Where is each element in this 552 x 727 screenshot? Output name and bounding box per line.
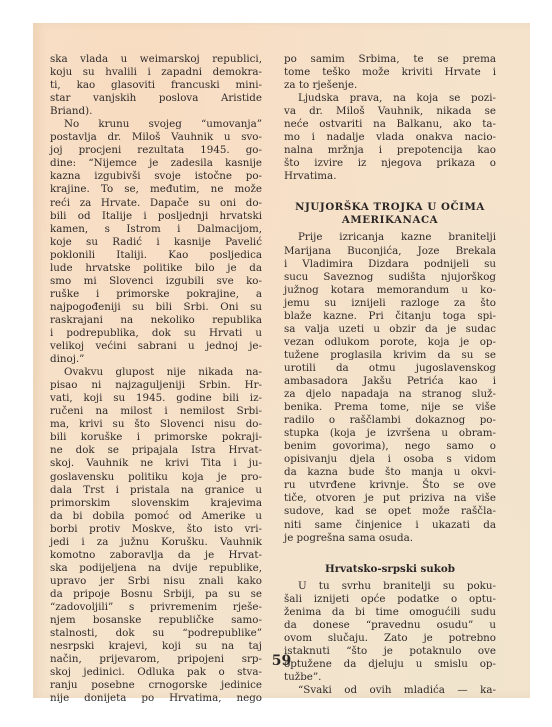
text-line: sa valja uzeti u obzir da je sudac: [284, 323, 496, 336]
text-line: upravo jer Srbi nisu znali kako: [50, 575, 262, 588]
text-line: ženima da bi time omogućili sudu: [284, 606, 496, 619]
text-line: ru utvrđene krivnje. Što se ove: [284, 479, 496, 492]
spacer: [284, 183, 496, 201]
text-line: komotno zaboravlja da je Hrvat-: [50, 549, 262, 562]
text-line: jedi i za južnu Korušku. Vauhnik: [50, 536, 262, 549]
text-line: raskrajani na nekoliko republika: [50, 314, 262, 327]
text-line: bili od Italije i posljednji hrvatski: [50, 210, 262, 223]
book-page: ska vlada u weimarskoj republici,koju su…: [33, 23, 530, 698]
text-line: koje su Radić i kasnije Pavelić: [50, 236, 262, 249]
text-line: radilo o raščlambi dokaznog po-: [284, 414, 496, 427]
text-line: da pripoje Bosnu Srbiji, pa su se: [50, 588, 262, 601]
text-line: nesrpski krajevi, koji su na taj: [50, 640, 262, 653]
text-line: benim govorima), nego samo o: [284, 440, 496, 453]
text-line: vati, koji su 1945. godine bili iz-: [50, 392, 262, 405]
paragraph: “Svaki od ovih mladića — ka-: [284, 684, 496, 697]
paragraph: Ljudska prava, na koja se pozi-va dr. Mi…: [284, 92, 496, 183]
text-line: tome teško može kriviti Hrvate i: [284, 66, 496, 79]
text-line: južnog kotara memorandum u ko-: [284, 284, 496, 297]
text-line: krajine. To se, međutim, ne može: [50, 183, 262, 196]
text-line: nije donijeta po Hrvatima, nego: [50, 692, 262, 705]
text-line: kamen, s Istrom i Dalmacijom,: [50, 223, 262, 236]
paragraph: Prije izricanja kazne braniteljiMarijana…: [284, 231, 496, 544]
text-line: Hrvatima.: [284, 170, 496, 183]
text-line: ambasadora Jakšu Petrića kao i: [284, 375, 496, 388]
paragraph: ska vlada u weimarskoj republici,koju su…: [50, 53, 262, 118]
text-line: goslavensku politiku koja je pro-: [50, 471, 262, 484]
text-line: što izvire iz njegova prikaza o: [284, 157, 496, 170]
text-line: vezan odlukom porote, koja je op-: [284, 336, 496, 349]
text-line: ma, krivi su što Slovenci nisu do-: [50, 418, 262, 431]
text-line: tiče, otvoren je put priziva na više: [284, 492, 496, 505]
text-line: No krunu svojeg “umovanja”: [50, 118, 262, 131]
subsection-heading: Hrvatsko-srpski sukob: [284, 563, 496, 576]
text-line: primorskim slovenskim krajevima: [50, 497, 262, 510]
text-line: Marijana Buconjića, Joze Brekala: [284, 245, 496, 258]
text-line: star vanjskih poslova Aristide: [50, 92, 262, 105]
text-line: za to rješenje.: [284, 79, 496, 92]
section-heading: NJUJORŠKA TROJKA U OČIMAAMERIKANACA: [284, 201, 496, 227]
text-line: je pogrešna sama osuda.: [284, 532, 496, 545]
text-line: va dr. Miloš Vauhnik, nikada se: [284, 105, 496, 118]
text-line: nalna mržnja i prepotencija kao: [284, 144, 496, 157]
text-line: urotili da otmu jugoslavenskog: [284, 362, 496, 375]
text-line: šali iznijeti opće podatke o optu-: [284, 593, 496, 606]
text-line: borbi protiv Moskve, što isto vri-: [50, 523, 262, 536]
text-line: sucu Saveznog sudišta njujorškog: [284, 271, 496, 284]
text-line: dine: “Nijemce je zadesila kasnije: [50, 157, 262, 170]
text-line: Ljudska prava, na koja se pozi-: [284, 92, 496, 105]
text-line: za djelo napadaja na stranog služ-: [284, 388, 496, 401]
section-heading-line: AMERIKANACA: [284, 214, 496, 227]
text-line: Prije izricanja kazne branitelji: [284, 231, 496, 244]
section-heading-line: NJUJORŠKA TROJKA U OČIMA: [284, 201, 496, 214]
text-line: “Svaki od ovih mladića — ka-: [284, 684, 496, 697]
text-line: mo i nadalje vlada onakva nacio-: [284, 131, 496, 144]
text-line: stalnosti, dok su “podrepublike”: [50, 627, 262, 640]
text-line: i podrepublika, dok su Hrvati u: [50, 327, 262, 340]
text-line: pisao ni najzaguljeniji Srbin. Hr-: [50, 379, 262, 392]
text-line: koju su hvalili i zapadni demokra-: [50, 66, 262, 79]
text-line: kazna izgubivši svoje istočne po-: [50, 170, 262, 183]
text-line: opisivanju djela i osoba s vidom: [284, 453, 496, 466]
text-line: jemu su iznijeli razloge za što: [284, 297, 496, 310]
text-line: ručeni na milost i nemilost Srbi-: [50, 405, 262, 418]
text-line: velikoj većini sabrani u jednoj je-: [50, 340, 262, 353]
text-line: po samim Srbima, te se prema: [284, 53, 496, 66]
text-line: postavlja dr. Miloš Vauhnik u svo-: [50, 131, 262, 144]
text-line: Ovakvu glupost nije nikada na-: [50, 366, 262, 379]
text-line: poklonili Italiji. Kao posljedica: [50, 249, 262, 262]
text-line: ruške i primorske pokrajine, a: [50, 288, 262, 301]
text-line: skoj. Vauhnik ne krivi Tita i ju-: [50, 457, 262, 470]
text-line: da donese “pravednu osudu” u: [284, 619, 496, 632]
text-line: benika. Prema tome, nije se više: [284, 401, 496, 414]
text-line: lude hrvatske politike bilo je da: [50, 262, 262, 275]
text-line: sudove, kad se opet može raščla-: [284, 505, 496, 518]
text-line: dinoj.”: [50, 353, 262, 366]
left-column: ska vlada u weimarskoj republici,koju su…: [50, 53, 262, 705]
text-line: Briand).: [50, 105, 262, 118]
text-line: “zadovoljili” s privremenim rješe-: [50, 601, 262, 614]
text-line: da bi dobila pomoć od Amerike u: [50, 510, 262, 523]
text-line: dala Trst i pristala na granice u: [50, 484, 262, 497]
paragraph: No krunu svojeg “umovanja”postavlja dr. …: [50, 118, 262, 366]
text-line: ranju posebne crnogorske jedinice: [50, 679, 262, 692]
paragraph: po samim Srbima, te se prematome teško m…: [284, 53, 496, 92]
text-line: neće ostvariti na Balkanu, ako ta-: [284, 118, 496, 131]
text-line: ska vlada u weimarskoj republici,: [50, 53, 262, 66]
spacer: [284, 545, 496, 563]
text-line: U tu svrhu branitelji su poku-: [284, 580, 496, 593]
text-line: tužene proglasila krivim da su se: [284, 349, 496, 362]
text-line: ovom slučaju. Zato je potrebno: [284, 632, 496, 645]
text-line: da kazna bude što manja u okvi-: [284, 466, 496, 479]
text-line: bili koruške i primorske pokraji-: [50, 431, 262, 444]
page-number: 59: [33, 653, 530, 669]
text-line: ne dok se pripajala Istra Hrvat-: [50, 444, 262, 457]
text-line: smo mi Slovenci izgubili sve ko-: [50, 275, 262, 288]
text-line: ska podijeljena na dvije republike,: [50, 562, 262, 575]
text-line: i Vladimira Dizdara podnijeli su: [284, 258, 496, 271]
text-line: stupka (koja je izvršena u obram-: [284, 427, 496, 440]
text-line: njem bosanske republičke samo-: [50, 614, 262, 627]
text-line: najpogođeniji su bili Srbi. Oni su: [50, 301, 262, 314]
text-line: tužbe”.: [284, 671, 496, 684]
text-line: joj procjeni rezultata 1945. go-: [50, 144, 262, 157]
text-line: ti, kao glasoviti francuski mini-: [50, 79, 262, 92]
text-line: blaže kazne. Pri čitanju toga spi-: [284, 310, 496, 323]
text-line: reći za Hrvate. Dapače su oni do-: [50, 197, 262, 210]
right-column: po samim Srbima, te se prematome teško m…: [284, 53, 496, 697]
text-line: niti same činjenice i ukazati da: [284, 519, 496, 532]
